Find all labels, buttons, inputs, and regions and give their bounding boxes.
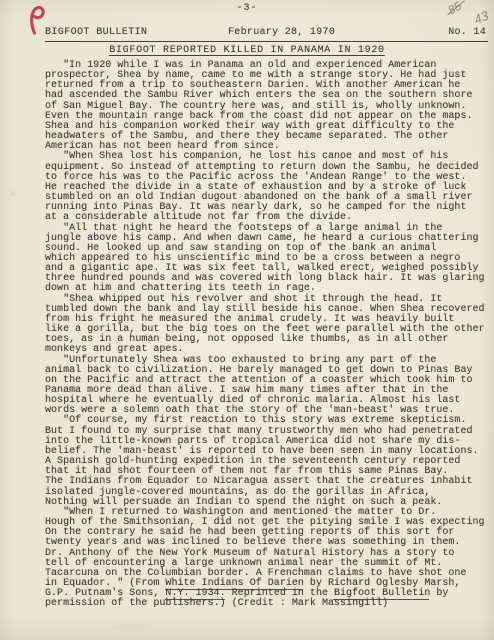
paper-stain: [100, 622, 160, 632]
paper-stain: [8, 190, 18, 198]
issue-date: February 28, 1970: [228, 26, 335, 39]
article-title: BIGFOOT REPORTED KILLED IN PANAMA IN 192…: [0, 45, 494, 56]
underline-bulletin-name: [333, 599, 429, 600]
underline-publisher-date: [165, 599, 225, 600]
page-number: -3-: [0, 3, 494, 14]
masthead: BIGFOOT BULLETIN February 28, 1970 No. 1…: [45, 26, 488, 42]
bulletin-name: BIGFOOT BULLETIN: [45, 26, 147, 39]
scanned-newsletter-page: -3- 85 43 BIGFOOT BULLETIN February 28, …: [0, 0, 494, 640]
underline-book-title: [165, 589, 303, 590]
issue-number: No. 14: [448, 26, 486, 39]
pencil-note-crossed-out: 85: [445, 0, 463, 17]
article-body: "In 1920 while I was in Panama an old an…: [45, 61, 485, 609]
